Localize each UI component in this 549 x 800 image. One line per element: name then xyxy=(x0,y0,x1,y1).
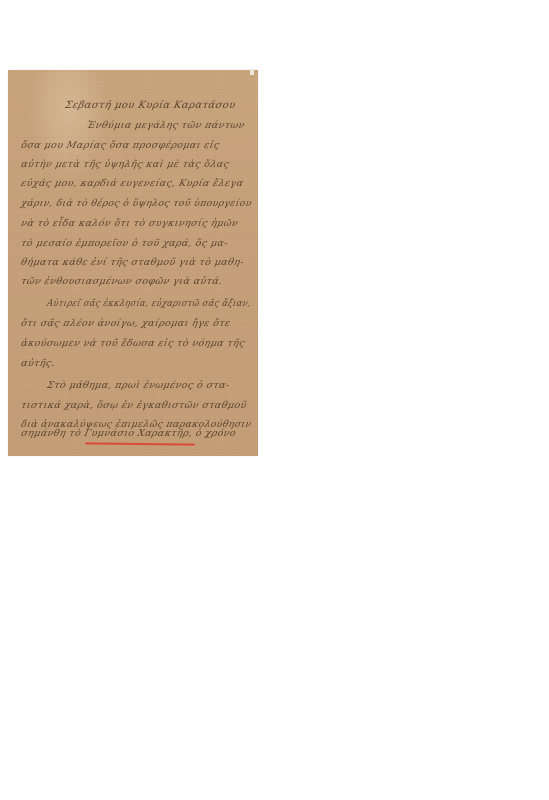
letter-line: ὅσα μου Μαρίας ὅσα προσφέρομαι εἰς xyxy=(20,140,221,151)
letter-line: τῶν ἐνθουσιασμένων σοφῶν γιὰ αὐτά. xyxy=(20,276,224,287)
letter-page: Σεβαστή μου Κυρία Καρατάσου Ἐνθύμια μεγά… xyxy=(8,70,258,456)
letter-line: ὅτι σᾶς πλέον ἀνοίγω, χαίρομαι ἤγε ὅτε xyxy=(20,318,232,329)
letter-line: Ἐνθύμια μεγάλης τῶν πάντων xyxy=(86,120,246,131)
letter-line: νὰ τὸ εἶδα καλόν ὅτι τὸ συγκινησίς ἡμῶν xyxy=(20,218,239,229)
letter-line: αὐτῆς. xyxy=(20,358,56,369)
letter-line: Στὸ μάθημα, πρωὶ ἐνωμένος ὁ στα- xyxy=(46,380,231,391)
letter-line: εὐχάς μου, καρδιά ευγενείας, Κυρία ἔλεγα xyxy=(20,178,244,189)
letter-line: αὐτὴν μετὰ τῆς ὑψηλῆς καὶ μὲ τὰς ὅλας xyxy=(20,159,230,170)
letter-line: ἀκούσωμεν νὰ τοῦ ἔδωσα εἰς τὸ νόημα τῆς xyxy=(20,338,246,349)
red-underline-mark xyxy=(85,442,195,445)
letter-line-final: σημάνθη τὸ Γυμνάσιο Χαρακτῆρ, ὁ χρόνο xyxy=(20,428,237,439)
letter-line: χάριν, διὰ τὸ θέρος ὁ ὕψηλος τοῦ ὑπουργε… xyxy=(20,198,253,209)
letter-line: τιστικά χαρὰ, ὅσῳ ἐν ἐγκαθιστῶν σταθμοῦ xyxy=(20,400,248,411)
letter-salutation: Σεβαστή μου Κυρία Καρατάσου xyxy=(64,100,237,111)
torn-corner xyxy=(250,69,254,75)
letter-line: Αὐτιρεῖ σᾶς ἐκκλησία, εὐχαριστῶ σᾶς ἄξια… xyxy=(46,298,252,309)
letter-line: θήματα κάθε ἐνί τῆς σταθμοῦ γιὰ τὸ μαθη- xyxy=(20,257,245,268)
letter-line: τὸ μεσαίο ἐμπορεῖον ὁ τοῦ χαρά, ὅς μα- xyxy=(20,238,229,249)
